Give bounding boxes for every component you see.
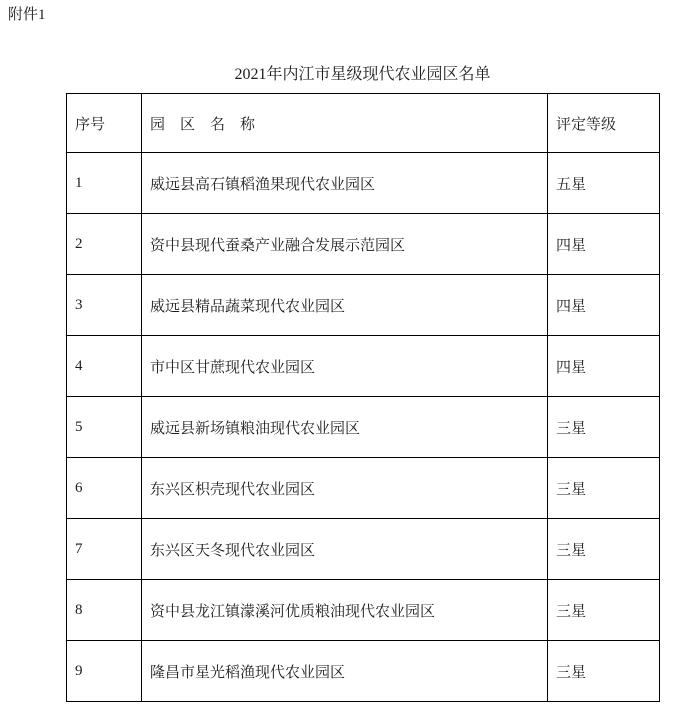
table-row: 7 东兴区天冬现代农业园区 三星 [67,519,660,580]
page-title: 2021年内江市星级现代农业园区名单 [66,65,659,85]
cell-park-name: 威远县精品蔬菜现代农业园区 [142,275,548,336]
cell-serial-number: 7 [67,519,142,580]
cell-rating-grade: 五星 [548,153,660,214]
cell-rating-grade: 三星 [548,519,660,580]
table-row: 3 威远县精品蔬菜现代农业园区 四星 [67,275,660,336]
cell-serial-number: 5 [67,397,142,458]
cell-rating-grade: 三星 [548,641,660,702]
cell-park-name: 东兴区枳壳现代农业园区 [142,458,548,519]
cell-park-name: 资中县现代蚕桑产业融合发展示范园区 [142,214,548,275]
cell-park-name: 东兴区天冬现代农业园区 [142,519,548,580]
cell-serial-number: 8 [67,580,142,641]
header-rating-grade: 评定等级 [548,94,660,153]
parks-table: 序号 园 区 名 称 评定等级 1 威远县高石镇稻渔果现代农业园区 五星 2 资… [66,93,660,702]
table-row: 8 资中县龙江镇濛溪河优质粮油现代农业园区 三星 [67,580,660,641]
attachment-label: 附件1 [8,6,46,24]
cell-serial-number: 3 [67,275,142,336]
cell-serial-number: 9 [67,641,142,702]
cell-rating-grade: 四星 [548,214,660,275]
cell-rating-grade: 三星 [548,397,660,458]
cell-park-name: 威远县新场镇粮油现代农业园区 [142,397,548,458]
cell-rating-grade: 四星 [548,275,660,336]
cell-park-name: 资中县龙江镇濛溪河优质粮油现代农业园区 [142,580,548,641]
cell-serial-number: 2 [67,214,142,275]
cell-serial-number: 4 [67,336,142,397]
cell-park-name: 威远县高石镇稻渔果现代农业园区 [142,153,548,214]
table-row: 5 威远县新场镇粮油现代农业园区 三星 [67,397,660,458]
table-row: 2 资中县现代蚕桑产业融合发展示范园区 四星 [67,214,660,275]
table-row: 1 威远县高石镇稻渔果现代农业园区 五星 [67,153,660,214]
header-park-name: 园 区 名 称 [142,94,548,153]
cell-park-name: 市中区甘蔗现代农业园区 [142,336,548,397]
table-row: 6 东兴区枳壳现代农业园区 三星 [67,458,660,519]
cell-rating-grade: 三星 [548,580,660,641]
cell-serial-number: 6 [67,458,142,519]
table-row: 4 市中区甘蔗现代农业园区 四星 [67,336,660,397]
cell-serial-number: 1 [67,153,142,214]
table-row: 9 隆昌市星光稻渔现代农业园区 三星 [67,641,660,702]
table-header-row: 序号 园 区 名 称 评定等级 [67,94,660,153]
cell-rating-grade: 三星 [548,458,660,519]
cell-park-name: 隆昌市星光稻渔现代农业园区 [142,641,548,702]
cell-rating-grade: 四星 [548,336,660,397]
header-serial-number: 序号 [67,94,142,153]
